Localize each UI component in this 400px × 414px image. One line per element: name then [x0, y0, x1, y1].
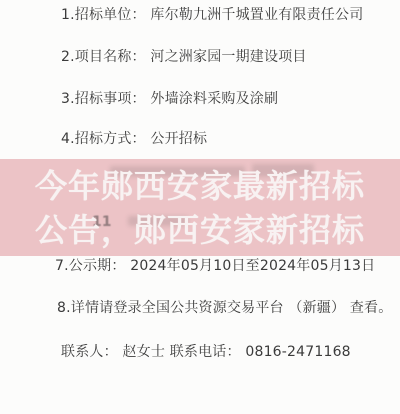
headline-line-1: 今年郧西安家最新招标 [0, 164, 400, 208]
headline-line-2: 公告，郧西安家新招标 [0, 208, 400, 252]
field-detail-notice: 8.详情请登录全国公共资源交易平台 （新疆） 查看。 [57, 300, 392, 316]
field-tender-matter: 3.招标事项： 外墙涂料采购及涂刷 [61, 91, 278, 107]
contact-info: 联系人： 赵女士 联系电话： 0816-2471168 [61, 344, 351, 360]
field-tender-unit: 1.招标单位： 库尔勒九洲千城置业有限责任公司 [61, 7, 363, 23]
field-tender-method: 4.招标方式： 公开招标 [61, 131, 207, 147]
field-project-name: 2.项目名称： 河之洲家园一期建设项目 [61, 49, 307, 65]
announcement-document: 1.招标单位： 库尔勒九洲千城置业有限责任公司 2.项目名称： 河之洲家园一期建… [0, 0, 400, 414]
headline-overlay-banner: 11 今年郧西安家最新招标 公告，郧西安家新招标 [0, 159, 400, 256]
headline-title: 今年郧西安家最新招标 公告，郧西安家新招标 [0, 159, 400, 252]
field-publicity-period: 7.公示期： 2024年05月10日至2024年05月13日 [55, 258, 375, 274]
